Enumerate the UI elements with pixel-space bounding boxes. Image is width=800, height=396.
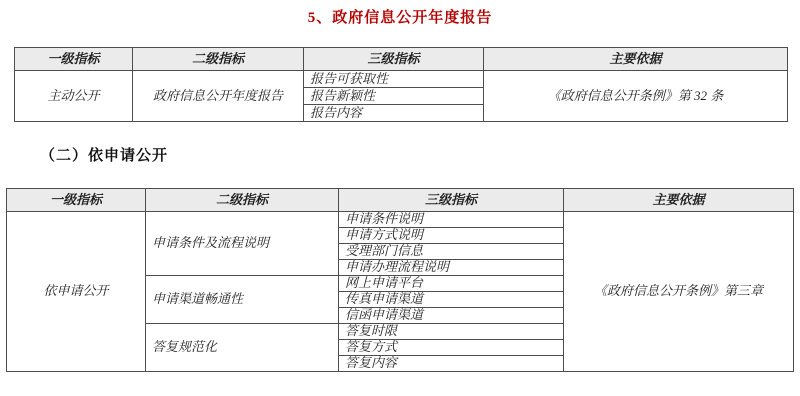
table2-level3-cell: 网上申请平台 — [339, 276, 564, 292]
table2-level3-cell: 答复方式 — [339, 340, 564, 356]
table2-header-row: 一级指标二级指标三级指标主要依据 — [7, 189, 794, 212]
table2-level3-cell: 答复时限 — [339, 324, 564, 340]
table1-level3-cell: 报告可获取性 — [304, 71, 484, 88]
section-heading: （二）依申请公开 — [40, 144, 168, 165]
table2-header-cell-0: 一级指标 — [7, 189, 146, 212]
table1-level3-cell: 报告新颖性 — [304, 88, 484, 105]
table2-header-cell-2: 三级指标 — [339, 189, 564, 212]
table1-level1-cell: 主动公开 — [15, 71, 133, 122]
table2-level2-cell: 申请渠道畅通性 — [146, 276, 339, 324]
table1-header-cell-3: 主要依据 — [484, 48, 788, 71]
table2-level3-cell: 受理部门信息 — [339, 244, 564, 260]
table2-level3-cell: 申请方式说明 — [339, 228, 564, 244]
table1-row: 主动公开政府信息公开年度报告报告可获取性《政府信息公开条例》第 32 条 — [15, 71, 788, 88]
table2-header-cell-3: 主要依据 — [564, 189, 794, 212]
table2-header-cell-1: 二级指标 — [146, 189, 339, 212]
table2-level2-cell: 答复规范化 — [146, 324, 339, 372]
table1-level3-cell: 报告内容 — [304, 105, 484, 122]
table1-header-cell-1: 二级指标 — [133, 48, 304, 71]
table1-header-cell-2: 三级指标 — [304, 48, 484, 71]
table2-row: 依申请公开申请条件及流程说明申请条件说明《政府信息公开条例》第三章 — [7, 212, 794, 228]
table2-level3-cell: 传真申请渠道 — [339, 292, 564, 308]
application-disclosure-indicator-table: 一级指标二级指标三级指标主要依据 依申请公开申请条件及流程说明申请条件说明《政府… — [6, 188, 794, 372]
table2-level3-cell: 申请办理流程说明 — [339, 260, 564, 276]
table2-level2-cell: 申请条件及流程说明 — [146, 212, 339, 276]
table1-basis-cell: 《政府信息公开条例》第 32 条 — [484, 71, 788, 122]
table2-level3-cell: 答复内容 — [339, 356, 564, 372]
table1-header-row: 一级指标二级指标三级指标主要依据 — [15, 48, 788, 71]
table2-level3-cell: 信函申请渠道 — [339, 308, 564, 324]
table1-header-cell-0: 一级指标 — [15, 48, 133, 71]
page-title: 5、政府信息公开年度报告 — [0, 6, 800, 27]
annual-report-indicator-table: 一级指标二级指标三级指标主要依据 主动公开政府信息公开年度报告报告可获取性《政府… — [14, 47, 788, 122]
table2-basis-cell: 《政府信息公开条例》第三章 — [564, 212, 794, 372]
table2-level3-cell: 申请条件说明 — [339, 212, 564, 228]
table2-level1-cell: 依申请公开 — [7, 212, 146, 372]
table1-level2-cell: 政府信息公开年度报告 — [133, 71, 304, 122]
